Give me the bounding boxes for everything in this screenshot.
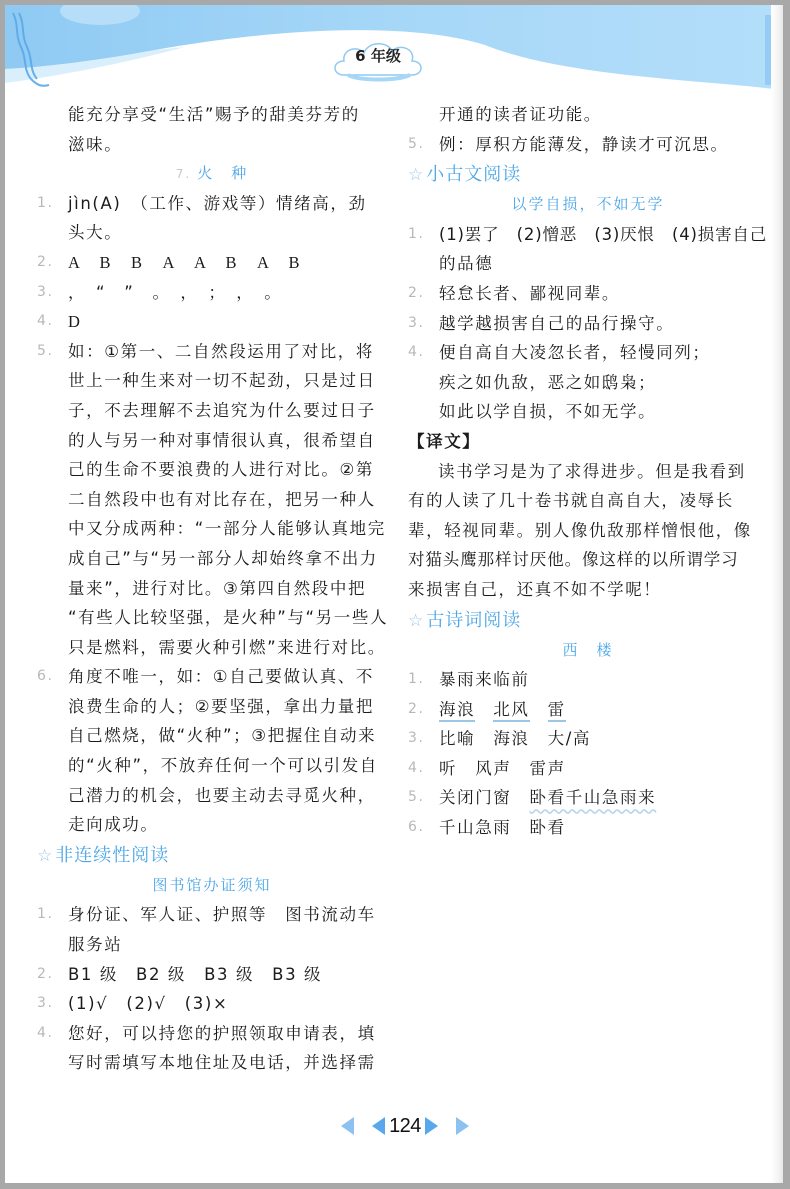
answer-item: 2.A B B A A B A B — [37, 248, 387, 278]
answer-item: 5.例：厚积方能薄发，静读才可沉思。 — [408, 130, 768, 160]
next-page-arrow-icon[interactable] — [425, 1117, 438, 1135]
page-spine-shadow — [771, 5, 783, 1183]
subsection-title: 图书馆办证须知 — [37, 871, 387, 901]
answer-item: 2. 海浪 北风 雷 — [408, 695, 768, 725]
translation-label: 【译文】 — [408, 427, 768, 457]
answer-item: 6.角度不唯一，如：①自己要做认真、不 — [37, 662, 387, 692]
right-column: 开通的读者证功能。 5.例：厚积方能薄发，静读才可沉思。 ☆小古文阅读 以学自损… — [408, 100, 768, 843]
left-column: 能充分享受“生活”赐予的甜美芬芳的 滋味。 7.火 种 1.jìn(A) （工作… — [37, 100, 387, 1078]
answer-item: 2.B1 级 B2 级 B3 级 B3 级 — [37, 960, 387, 990]
intro-line: 滋味。 — [37, 130, 387, 160]
star-icon: ☆ — [408, 165, 424, 185]
section-heading-xiaoguwen: ☆小古文阅读 — [408, 159, 768, 190]
translation-line: 读书学习是为了求得进步。但是我看到 — [408, 457, 768, 487]
star-icon: ☆ — [408, 611, 424, 631]
star-icon: ☆ — [37, 846, 53, 866]
last-page-arrow-icon[interactable] — [456, 1117, 469, 1135]
answer-item: 4.便自高自大凌忽长者，轻慢同列； — [408, 338, 768, 368]
translation-line: 对猫头鹰那样讨厌他。像这样的以所谓学习 — [408, 545, 768, 575]
answer-item: 5.如：①第一、二自然段运用了对比，将 — [37, 337, 387, 367]
translation-line: 来损害自己，还真不如不学呢！ — [408, 575, 768, 605]
section-heading-feilianxu: ☆非连续性阅读 — [37, 840, 387, 871]
subsection-title: 西 楼 — [408, 636, 768, 666]
first-page-arrow-icon[interactable] — [341, 1117, 354, 1135]
answer-item: 3.， “ ” 。 ， ； ， 。 — [37, 278, 387, 308]
translation-line: 辈，轻视同辈。别人像仇敌那样憎恨他，像 — [408, 516, 768, 546]
answer-item: 4.您好，可以持您的护照领取申请表，填 — [37, 1019, 387, 1049]
answer-item: 3.越学越损害自己的品行操守。 — [408, 309, 768, 339]
section-heading-gushici: ☆古诗词阅读 — [408, 605, 768, 636]
prev-page-arrow-icon[interactable] — [372, 1117, 385, 1135]
answer-item: 3. 比喻 海浪 大/高 — [408, 724, 768, 754]
answer-item: 1.(1)罢了 (2)憎恶 (3)厌恨 (4)损害自己 — [408, 220, 768, 250]
answer-item: 1.jìn(A) （工作、游戏等）情绪高，劲 — [37, 189, 387, 219]
answer-item: 2.轻怠长者、鄙视同辈。 — [408, 279, 768, 309]
section-title-huozhong: 7.火 种 — [37, 159, 387, 189]
page-navigation: 124 — [330, 1111, 480, 1141]
answer-item: 3.(1)√ (2)√ (3)× — [37, 989, 387, 1019]
answer-item: 1.暴雨来临前 — [408, 665, 768, 695]
answer-item-cont: 头大。 — [37, 218, 387, 248]
subsection-title: 以学自损，不如无学 — [408, 190, 768, 220]
intro-line: 能充分享受“生活”赐予的甜美芬芳的 — [37, 100, 387, 130]
page-number: 124 — [389, 1115, 421, 1138]
answer-item: 4. 听 风声 雷声 — [408, 754, 768, 784]
translation-line: 有的人读了几十卷书就自高自大，凌辱长 — [408, 486, 768, 516]
answer-item-cont: 开通的读者证功能。 — [408, 100, 768, 130]
answer-item: 5. 关闭门窗 卧看千山急雨来 — [408, 783, 768, 813]
answer-item: 6. 千山急雨 卧看 — [408, 813, 768, 843]
answer-item: 1.身份证、军人证、护照等 图书流动车 — [37, 900, 387, 930]
answer-item: 4.D — [37, 307, 387, 337]
textbook-page: 6 年级 能充分享受“生活”赐予的甜美芬芳的 滋味。 7.火 种 1.jìn(A… — [5, 5, 783, 1183]
grade-label: 6 年级 — [330, 45, 426, 66]
